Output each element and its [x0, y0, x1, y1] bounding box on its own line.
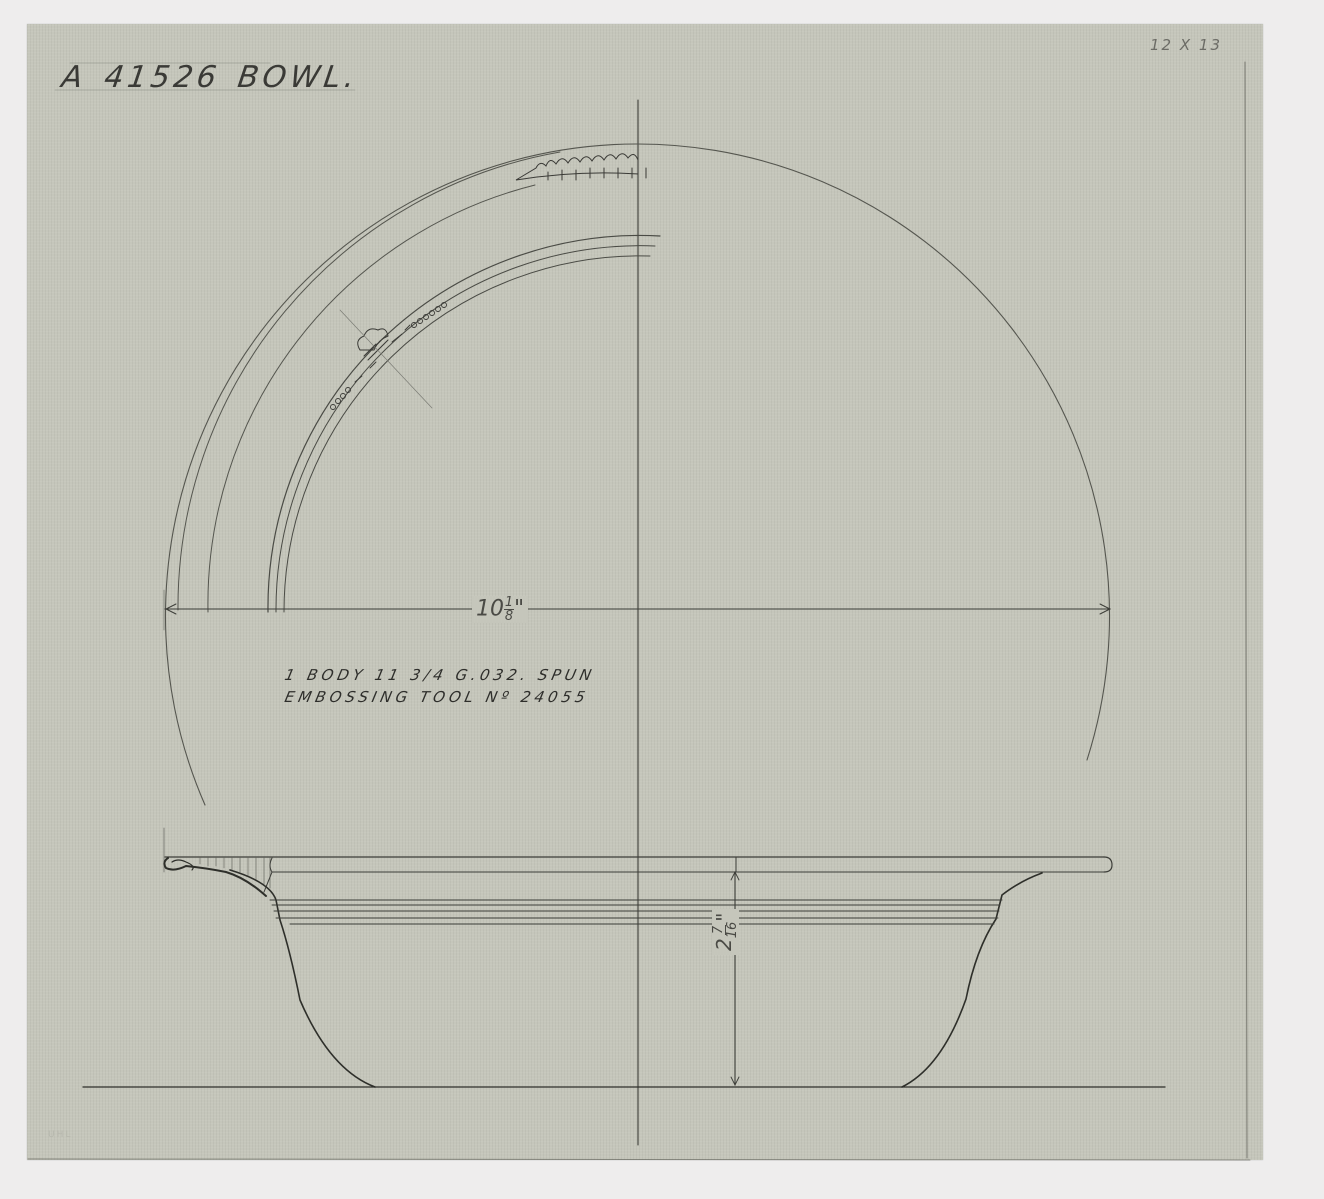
- drawing-title: A41526BOWL.: [60, 60, 361, 95]
- diameter-den: 8: [505, 610, 513, 623]
- diameter-num: 1: [505, 596, 513, 609]
- sheet-border-right: [1245, 62, 1247, 1158]
- construction-diagonal: [340, 310, 432, 408]
- note-embossing-tool: EMBOSSING TOOL Nº 24055: [283, 688, 591, 706]
- diameter-fraction: 18: [504, 596, 514, 623]
- note-body-spec: 1 BODY 11 3/4 G.032. SPUN: [283, 666, 597, 684]
- title-prefix: A: [60, 60, 89, 95]
- height-whole: 2: [712, 938, 736, 951]
- height-unit: ": [712, 913, 736, 922]
- height-fraction: 716: [712, 922, 739, 939]
- rim-arc-3: [208, 185, 535, 612]
- diameter-dimension-label: 1018": [472, 596, 528, 623]
- section-hatching: [200, 858, 270, 888]
- pattern-number: 41526: [102, 60, 222, 95]
- height-dimension-label: 2716": [712, 909, 739, 955]
- diameter-whole: 10: [476, 597, 504, 622]
- body-left-flare: [230, 870, 375, 1087]
- leaf-frieze-ornament: [516, 154, 646, 180]
- sheet-size-label: 12 X 13: [1150, 36, 1222, 54]
- height-num: 7: [712, 926, 725, 934]
- technical-drawing: [0, 0, 1324, 1199]
- embossed-band-inner: [284, 256, 650, 612]
- faint-stamp: UHL: [48, 1130, 72, 1140]
- diameter-unit: ": [514, 597, 524, 622]
- sheet-border-bottom: [28, 1159, 1250, 1160]
- height-den: 16: [726, 922, 739, 939]
- item-name: BOWL.: [236, 60, 361, 95]
